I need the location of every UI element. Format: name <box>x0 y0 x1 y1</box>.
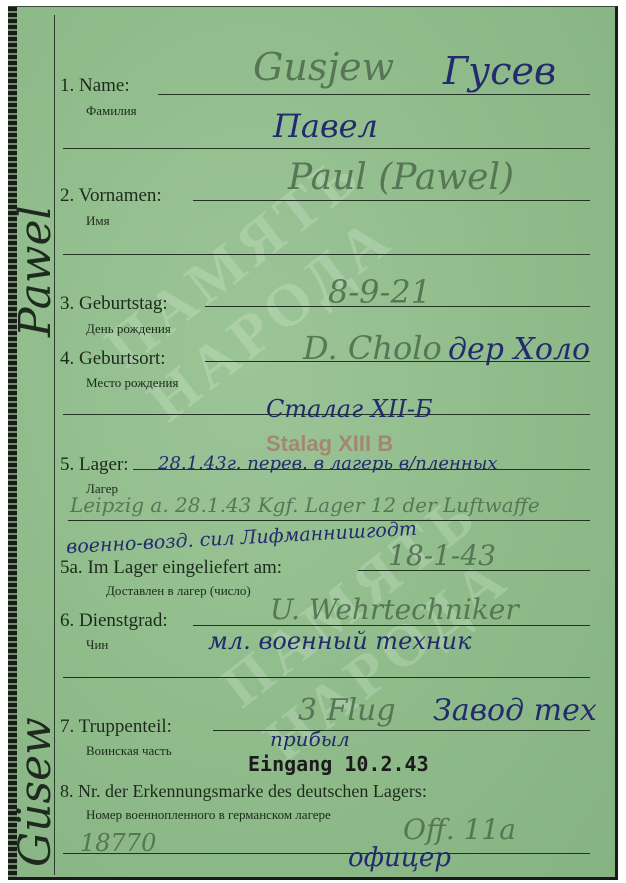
dienstgrad-pencil: U. Wehrtechniker <box>270 593 519 626</box>
geburtsort-pencil: D. Cholo <box>303 329 442 367</box>
field-name-label: 1. Name: <box>60 75 130 97</box>
name-ink: Гусев <box>443 49 556 93</box>
geburtstag-pencil: 8-9-21 <box>328 273 431 311</box>
field-eingeliefert-label: 5a. Im Lager eingeliefert am: <box>60 557 282 579</box>
truppenteil-ink-2: прибыл <box>270 727 350 751</box>
lager-ink-2: военно-возд. сил Лифманнишгодт <box>66 518 418 558</box>
field-line <box>193 200 590 201</box>
name-pencil: Gusjew <box>253 45 394 89</box>
side-note-pawel: Pawel <box>10 205 61 337</box>
dienstgrad-ink: мл. военный техник <box>208 627 471 655</box>
field-line <box>158 94 590 95</box>
field-line <box>68 520 590 521</box>
field-eingeliefert-label-ru: Доставлен в лагер (число) <box>106 583 251 599</box>
field-name-label-ru: Фамилия <box>86 103 137 119</box>
geburtsort-ink: дер Холо <box>448 332 590 367</box>
vornamen-pencil: Paul (Pawel) <box>288 157 514 198</box>
field-geburtstag-label: 3. Geburtstag: <box>60 293 168 315</box>
field-line <box>63 148 590 149</box>
truppenteil-pencil: 3 Flug <box>298 693 396 728</box>
lager-ink: 28.1.43г. перев. в лагерь в/пленных <box>158 453 498 474</box>
field-dienstgrad-label: 6. Dienstgrad: <box>60 610 168 632</box>
field-erkennungsmarke-label-ru: Номер военнопленного в германском лагере <box>86 807 331 823</box>
truppenteil-ink: Завод тех <box>433 693 597 728</box>
field-erkennungsmarke-label: 8. Nr. der Erkennungsmarke des deutschen… <box>60 781 427 802</box>
erkennungsmarke-ink: офицер <box>348 843 451 873</box>
geburtsort-ink-2: Сталаг XII-Б <box>266 395 433 423</box>
field-vornamen-label: 2. Vornamen: <box>60 185 162 207</box>
field-geburtsort-label: 4. Geburtsort: <box>60 348 166 370</box>
field-truppenteil-label: 7. Truppenteil: <box>60 716 172 738</box>
field-dienstgrad-label-ru: Чин <box>86 637 108 653</box>
name-ink-2: Павел <box>273 107 378 145</box>
field-line <box>63 677 590 678</box>
lager-pencil: Leipzig a. 28.1.43 Kgf. Lager 12 der Luf… <box>70 493 540 517</box>
field-line <box>63 254 590 255</box>
field-line <box>63 853 590 854</box>
side-note-gusew: Güsew <box>10 717 61 867</box>
erkennungsmarke-pencil-2: Off. 11a <box>403 813 516 846</box>
pow-registration-card: ПАМЯТЬ НАРОДА ПАМЯТЬ НАРОДА Pawel Güsew … <box>8 6 618 880</box>
field-geburtstag-label-ru: День рождения <box>86 321 171 337</box>
field-geburtsort-label-ru: Место рождения <box>86 375 178 391</box>
field-truppenteil-label-ru: Воинская часть <box>86 743 172 759</box>
eingeliefert-pencil: 18-1-43 <box>388 539 496 572</box>
field-lager-label: 5. Lager: <box>60 454 129 476</box>
eingang-stamp: Eingang 10.2.43 <box>248 752 429 776</box>
field-vornamen-label-ru: Имя <box>86 213 110 229</box>
